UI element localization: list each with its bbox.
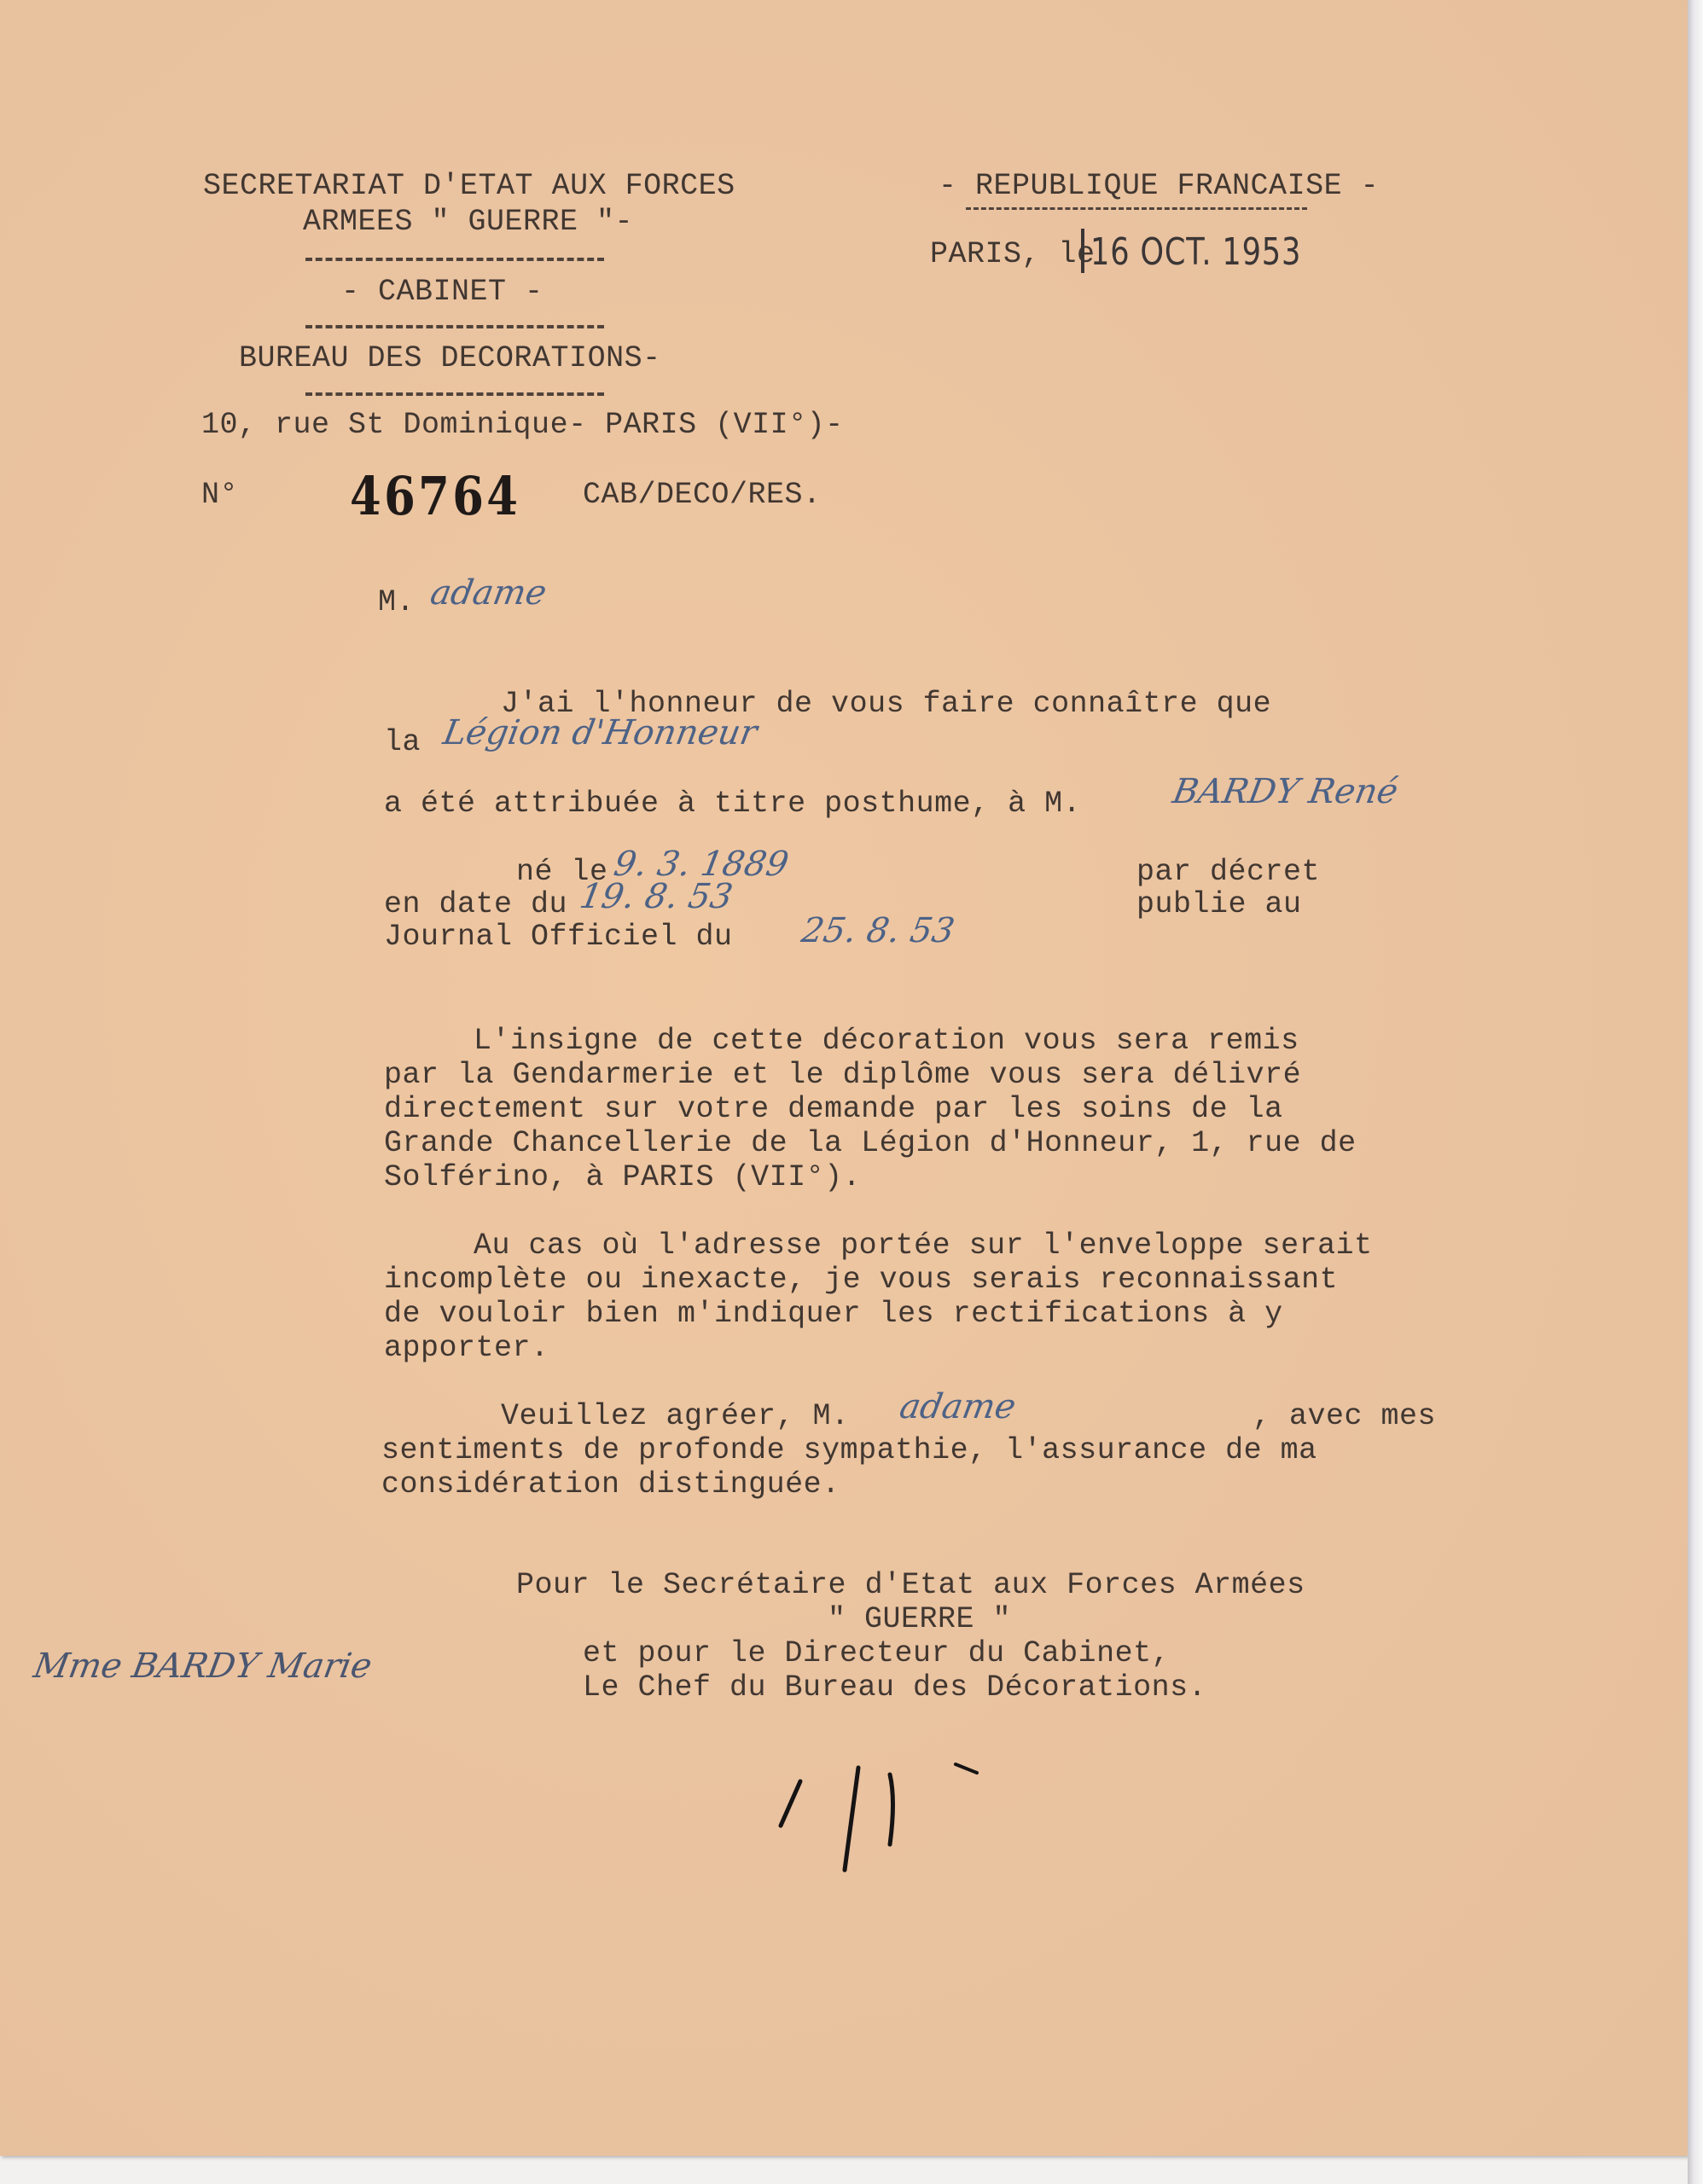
signature-line: Le Chef du Bureau des Décorations. bbox=[583, 1670, 1206, 1705]
body-line: Grande Chancellerie de la Légion d'Honne… bbox=[384, 1126, 1357, 1160]
body-line: la bbox=[384, 725, 421, 759]
recipient-handwritten: BARDY René bbox=[1170, 772, 1401, 811]
salutation-handwritten: adame bbox=[427, 573, 549, 613]
margin-note-handwritten: Mme BARDY Marie bbox=[31, 1647, 375, 1686]
body-line: Solférino, à PARIS (VII°). bbox=[384, 1160, 861, 1194]
published-label: publie au bbox=[1136, 887, 1302, 921]
decree-date-label: en date du bbox=[384, 887, 567, 921]
body-line: directement sur votre demande par les so… bbox=[384, 1092, 1283, 1126]
reference-label: N° bbox=[201, 478, 238, 512]
body-line: L'insigne de cette décoration vous sera … bbox=[474, 1024, 1299, 1058]
body-line: considération distinguée. bbox=[381, 1467, 840, 1501]
body-line: par la Gendarmerie et le diplôme vous se… bbox=[384, 1058, 1301, 1092]
date-stamp: 16 OCT. 1953 bbox=[1090, 230, 1301, 274]
salutation-prefix: M. bbox=[378, 585, 415, 619]
separator-line bbox=[305, 258, 604, 261]
separator-line bbox=[305, 325, 604, 328]
body-line: sentiments de profonde sympathie, l'assu… bbox=[381, 1433, 1317, 1467]
heading-underline bbox=[966, 207, 1307, 210]
scan-edge bbox=[1688, 0, 1703, 2184]
signature-line: et pour le Directeur du Cabinet, bbox=[583, 1636, 1170, 1670]
journal-date-handwritten: 25. 8. 53 bbox=[799, 911, 957, 950]
body-line: incomplète ou inexacte, je vous serais r… bbox=[384, 1263, 1338, 1297]
closing-handwritten: adame bbox=[897, 1387, 1019, 1426]
reference-code: CAB/DECO/RES. bbox=[583, 478, 822, 512]
body-line: apporter. bbox=[384, 1331, 549, 1365]
decree-date-handwritten: 19. 8. 53 bbox=[577, 877, 735, 916]
letterhead-ministry-line1: SECRETARIAT D'ETAT AUX FORCES bbox=[203, 169, 735, 203]
body-line: Au cas où l'adresse portée sur l'envelop… bbox=[474, 1228, 1373, 1263]
closing-suffix: , avec mes bbox=[1253, 1399, 1436, 1433]
closing-prefix: Veuillez agréer, M. bbox=[501, 1399, 850, 1433]
reference-number: 46764 bbox=[350, 465, 520, 527]
republic-heading: - REPUBLIQUE FRANCAISE - bbox=[939, 169, 1379, 203]
decoration-handwritten: Légion d'Honneur bbox=[440, 713, 760, 752]
journal-label: Journal Officiel du bbox=[384, 920, 733, 954]
letterhead-address: 10, rue St Dominique- PARIS (VII°)- bbox=[201, 408, 844, 442]
signature-line: " GUERRE " bbox=[828, 1602, 1011, 1636]
separator-line bbox=[305, 392, 604, 396]
body-line: a été attribuée à titre posthume, à M. bbox=[384, 787, 1081, 821]
letterhead-bureau: BUREAU DES DECORATIONS- bbox=[239, 341, 661, 375]
decree-label: par décret bbox=[1136, 855, 1320, 889]
signature-icon bbox=[768, 1757, 990, 1877]
letterhead-cabinet: - CABINET - bbox=[341, 275, 543, 309]
letterhead-ministry-line2: ARMEES " GUERRE "- bbox=[303, 205, 633, 239]
signature-line: Pour le Secrétaire d'Etat aux Forces Arm… bbox=[516, 1568, 1305, 1602]
stamp-bar bbox=[1081, 229, 1084, 273]
body-line: de vouloir bien m'indiquer les rectifica… bbox=[384, 1297, 1283, 1331]
date-place: PARIS, le bbox=[930, 237, 1096, 271]
